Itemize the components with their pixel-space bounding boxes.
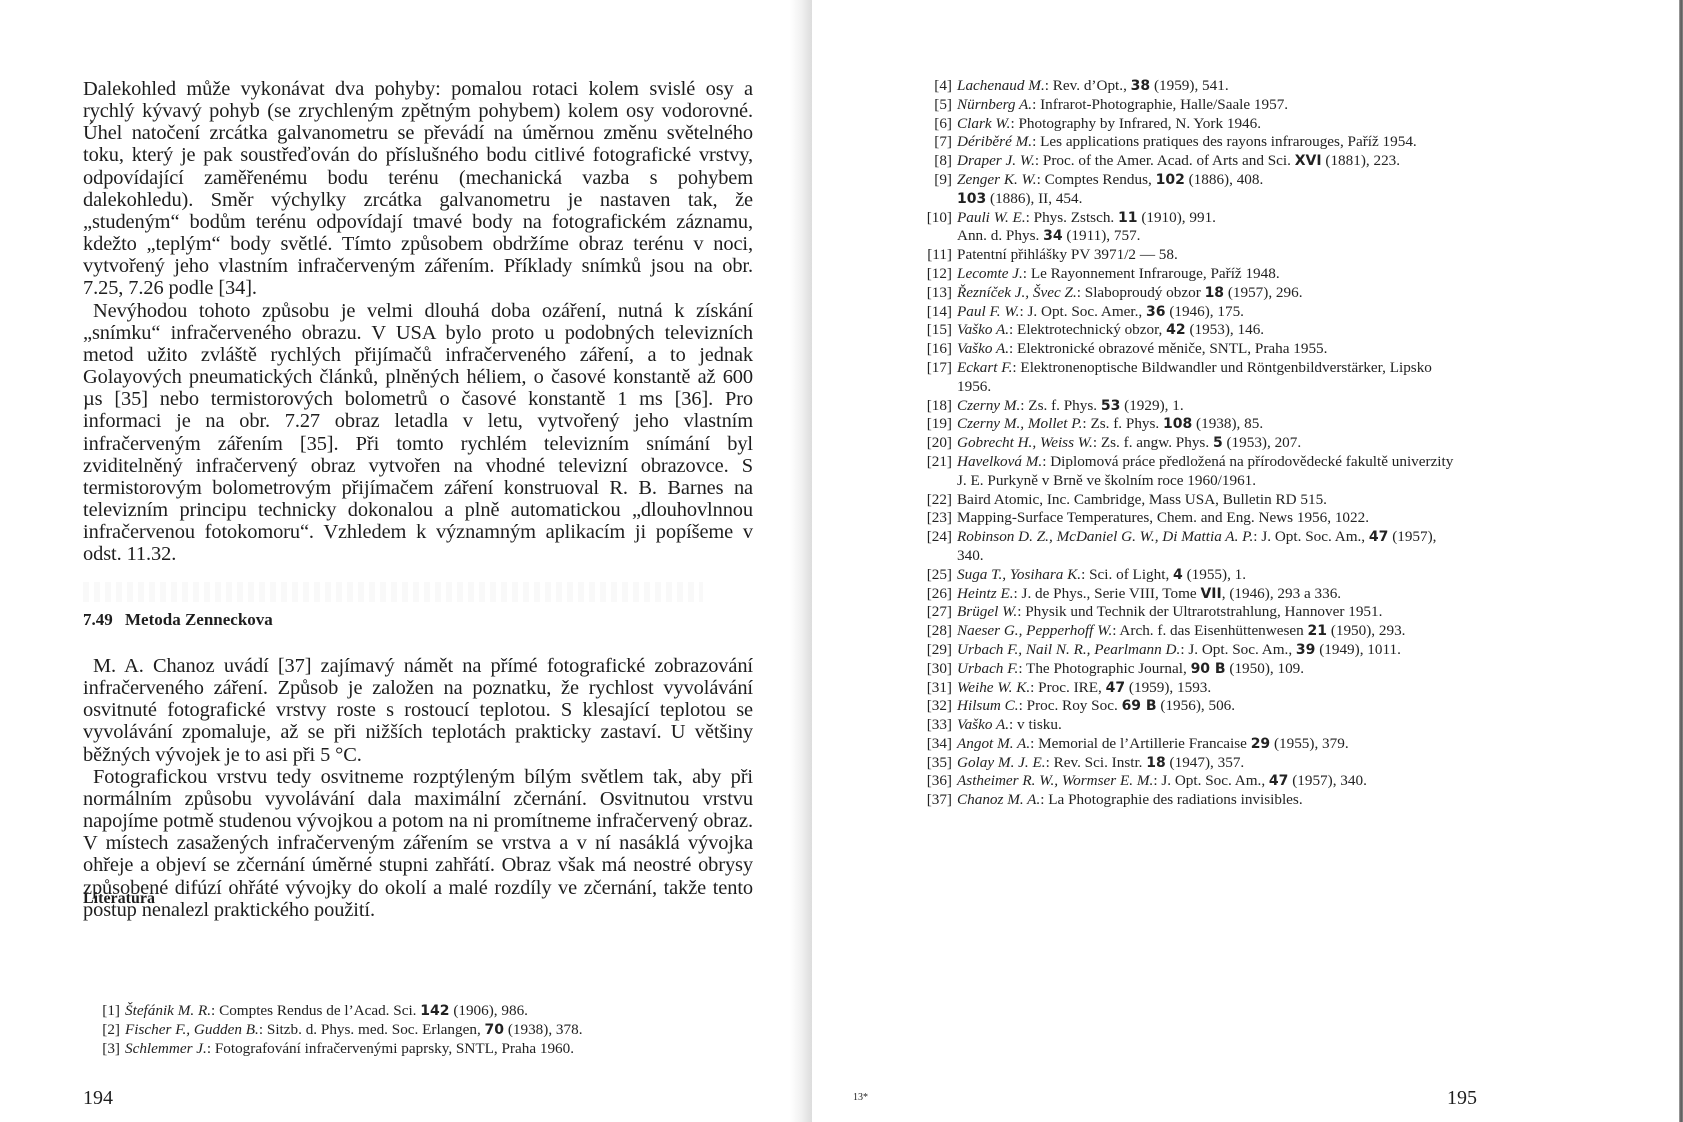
reference-source: : Sci. of Light, bbox=[1081, 566, 1173, 583]
reference-source: 340. bbox=[957, 547, 984, 564]
reference-text: Nürnberg A.: Infrarot-Photographie, Hall… bbox=[957, 96, 1618, 115]
reference-index: [19] bbox=[918, 415, 957, 434]
reference-author: Urbach F., Nail N. R., Pearlmann D. bbox=[957, 641, 1180, 658]
page-number-left: 194 bbox=[83, 1087, 113, 1110]
reference-item: [12]Lecomte J.: Le Rayonnement Infraroug… bbox=[918, 265, 1618, 284]
bleed-through-shadow bbox=[83, 582, 703, 602]
reference-list-right: [4]Lachenaud M.: Rev. d’Opt., 38 (1959),… bbox=[918, 77, 1618, 810]
reference-volume: 42 bbox=[1166, 322, 1185, 338]
reference-index: [5] bbox=[918, 96, 957, 115]
reference-text: Urbach F., Nail N. R., Pearlmann D.: J. … bbox=[957, 641, 1618, 660]
reference-text: Lecomte J.: Le Rayonnement Infrarouge, P… bbox=[957, 265, 1618, 284]
reference-volume: 36 bbox=[1146, 304, 1165, 320]
reference-details: (1959), 541. bbox=[1150, 77, 1228, 94]
reference-item: [4]Lachenaud M.: Rev. d’Opt., 38 (1959),… bbox=[918, 77, 1618, 96]
reference-source: : La Photographie des radiations invisib… bbox=[1040, 791, 1302, 808]
reference-source: : Les applications pratiques des rayons … bbox=[1032, 133, 1417, 150]
reference-item: [14]Paul F. W.: J. Opt. Soc. Amer., 36 (… bbox=[918, 303, 1618, 322]
reference-text: Schlemmer J.: Fotografování infračervený… bbox=[125, 1040, 776, 1059]
reference-author: Brügel W. bbox=[957, 603, 1017, 620]
paragraph: Nevýhodou tohoto způsobu je velmi dlouhá… bbox=[83, 300, 753, 566]
reference-index: [23] bbox=[918, 509, 957, 528]
reference-text: Štefánik M. R.: Comptes Rendus de l’Acad… bbox=[125, 1002, 776, 1021]
reference-source: : Proc. IRE, bbox=[1030, 679, 1106, 696]
reference-details: , (1946), 293 a 336. bbox=[1222, 585, 1341, 602]
reference-index: [25] bbox=[918, 566, 957, 585]
reference-item: [37]Chanoz M. A.: La Photographie des ra… bbox=[918, 791, 1618, 810]
reference-text: Urbach F.: The Photographic Journal, 90 … bbox=[957, 660, 1618, 679]
reference-source: : Phys. Zstsch. bbox=[1026, 209, 1118, 226]
reference-text: Heintz E.: J. de Phys., Serie VIII, Tome… bbox=[957, 585, 1618, 604]
section-number: 7.49 bbox=[83, 610, 113, 629]
reference-index: [24] bbox=[918, 528, 957, 547]
reference-author: Golay M. J. E. bbox=[957, 754, 1046, 771]
reference-author: Urbach F. bbox=[957, 660, 1018, 677]
reference-source: : Arch. f. das Eisenhüttenwesen bbox=[1112, 622, 1307, 639]
reference-text: Dériběré M.: Les applications pratiques … bbox=[957, 133, 1618, 152]
reference-author: Fischer F., Gudden B. bbox=[125, 1021, 259, 1038]
reference-index: [1] bbox=[96, 1002, 125, 1021]
reference-text: Baird Atomic, Inc. Cambridge, Mass USA, … bbox=[957, 491, 1618, 510]
reference-author: Havelková M. bbox=[957, 453, 1042, 470]
reference-text: Clark W.: Photography by Infrared, N. Yo… bbox=[957, 115, 1618, 134]
reference-item: [13]Řezníček J., Švec Z.: Slaboproudý ob… bbox=[918, 284, 1618, 303]
reference-index: [13] bbox=[918, 284, 957, 303]
reference-text: Gobrecht H., Weiss W.: Zs. f. angw. Phys… bbox=[957, 434, 1618, 453]
reference-source: : Zs. f. Phys. bbox=[1020, 397, 1101, 414]
reference-index: [27] bbox=[918, 603, 957, 622]
reference-volume: 69 B bbox=[1122, 698, 1157, 714]
reference-volume: 39 bbox=[1296, 642, 1315, 658]
reference-source: : J. de Phys., Serie VIII, Tome bbox=[1014, 585, 1201, 602]
reference-index: [11] bbox=[918, 246, 957, 265]
reference-item: [22]Baird Atomic, Inc. Cambridge, Mass U… bbox=[918, 491, 1618, 510]
reference-volume: VII bbox=[1200, 586, 1221, 602]
left-page: Dalekohled může vykonávat dva pohyby: po… bbox=[0, 0, 812, 1122]
reference-item: [17]Eckart F.: Elektronenoptische Bildwa… bbox=[918, 359, 1618, 378]
reference-volume: 11 bbox=[1118, 210, 1137, 226]
reference-author: Hilsum C. bbox=[957, 697, 1019, 714]
reference-continuation: 103 (1886), II, 454. bbox=[918, 190, 1618, 209]
reference-source: Patentní přihlášky PV 3971/2 — 58. bbox=[957, 246, 1178, 263]
reference-index: [26] bbox=[918, 585, 957, 604]
paragraph: Dalekohled může vykonávat dva pohyby: po… bbox=[83, 78, 753, 300]
reference-continuation: 1956. bbox=[918, 378, 1618, 397]
reference-author: Gobrecht H., Weiss W. bbox=[957, 434, 1093, 451]
reference-source: : Le Rayonnement Infrarouge, Paříž 1948. bbox=[1023, 265, 1280, 282]
reference-details: (1911), 757. bbox=[1063, 227, 1141, 244]
reference-source: : Comptes Rendus, bbox=[1037, 171, 1156, 188]
reference-details: (1953), 207. bbox=[1223, 434, 1301, 451]
reference-details: (1886), II, 454. bbox=[986, 190, 1082, 207]
reference-text: Lachenaud M.: Rev. d’Opt., 38 (1959), 54… bbox=[957, 77, 1618, 96]
reference-index: [35] bbox=[918, 754, 957, 773]
reference-details: (1957), 340. bbox=[1288, 772, 1366, 789]
reference-index: [33] bbox=[918, 716, 957, 735]
reference-volume: 102 bbox=[1156, 172, 1185, 188]
body-text-block-1: Dalekohled může vykonávat dva pohyby: po… bbox=[83, 78, 753, 565]
reference-item: [7]Dériběré M.: Les applications pratiqu… bbox=[918, 133, 1618, 152]
reference-volume: 103 bbox=[957, 191, 986, 207]
reference-author: Paul F. W. bbox=[957, 303, 1019, 320]
reference-text: Patentní přihlášky PV 3971/2 — 58. bbox=[957, 246, 1618, 265]
reference-text: Řezníček J., Švec Z.: Slaboproudý obzor … bbox=[957, 284, 1618, 303]
reference-source: Ann. d. Phys. bbox=[957, 227, 1043, 244]
reference-source: : Physik und Technik der Ultrarotstrahlu… bbox=[1017, 603, 1382, 620]
reference-source: : Zs. f. Phys. bbox=[1082, 415, 1163, 432]
reference-source: : Proc. Roy Soc. bbox=[1019, 697, 1122, 714]
reference-item: [18]Czerny M.: Zs. f. Phys. 53 (1929), 1… bbox=[918, 397, 1618, 416]
section-heading: 7.49 Metoda Zenneckova bbox=[83, 610, 273, 630]
reference-details: (1955), 1. bbox=[1183, 566, 1246, 583]
reference-source: 1956. bbox=[957, 378, 991, 395]
reference-source: : The Photographic Journal, bbox=[1018, 660, 1190, 677]
reference-index: [18] bbox=[918, 397, 957, 416]
page-number-right: 195 bbox=[1447, 1087, 1477, 1110]
reference-source: : Sitzb. d. Phys. med. Soc. Erlangen, bbox=[259, 1021, 485, 1038]
reference-continuation: J. E. Purkyně v Brně ve školním roce 196… bbox=[918, 472, 1618, 491]
reference-author: Řezníček J., Švec Z. bbox=[957, 284, 1077, 301]
reference-volume: 38 bbox=[1131, 78, 1150, 94]
reference-details: (1947), 357. bbox=[1166, 754, 1244, 771]
body-text-block-2: M. A. Chanoz uvádí [37] zajímavý námět n… bbox=[83, 655, 753, 921]
reference-details: (1957), bbox=[1388, 528, 1436, 545]
reference-text: Angot M. A.: Memorial de l’Artillerie Fr… bbox=[957, 735, 1618, 754]
reference-details: (1910), 991. bbox=[1138, 209, 1216, 226]
reference-text: Czerny M.: Zs. f. Phys. 53 (1929), 1. bbox=[957, 397, 1618, 416]
reference-author: Lecomte J. bbox=[957, 265, 1023, 282]
reference-text: Robinson D. Z., McDaniel G. W., Di Matti… bbox=[957, 528, 1618, 547]
reference-author: Vaško A. bbox=[957, 321, 1009, 338]
reference-source: Baird Atomic, Inc. Cambridge, Mass USA, … bbox=[957, 491, 1327, 508]
reference-continuation: Ann. d. Phys. 34 (1911), 757. bbox=[918, 227, 1618, 246]
reference-index: [37] bbox=[918, 791, 957, 810]
reference-author: Suga T., Yosihara K. bbox=[957, 566, 1081, 583]
reference-details: (1955), 379. bbox=[1270, 735, 1348, 752]
reference-source: : Photography by Infrared, N. York 1946. bbox=[1010, 115, 1261, 132]
reference-item: [24]Robinson D. Z., McDaniel G. W., Di M… bbox=[918, 528, 1618, 547]
reference-item: [29]Urbach F., Nail N. R., Pearlmann D.:… bbox=[918, 641, 1618, 660]
reference-author: Nürnberg A. bbox=[957, 96, 1032, 113]
scan-edge bbox=[1679, 0, 1683, 1122]
reference-index: [29] bbox=[918, 641, 957, 660]
reference-index: [4] bbox=[918, 77, 957, 96]
literature-heading: Literatura bbox=[83, 890, 155, 908]
reference-index: [8] bbox=[918, 152, 957, 171]
reference-item: [30]Urbach F.: The Photographic Journal,… bbox=[918, 660, 1618, 679]
reference-index: [12] bbox=[918, 265, 957, 284]
reference-item: [19]Czerny M., Mollet P.: Zs. f. Phys. 1… bbox=[918, 415, 1618, 434]
reference-details: (1950), 293. bbox=[1327, 622, 1405, 639]
reference-volume: 5 bbox=[1213, 435, 1223, 451]
reference-author: Chanoz M. A. bbox=[957, 791, 1040, 808]
reference-author: Draper J. W. bbox=[957, 152, 1035, 169]
reference-author: Pauli W. E. bbox=[957, 209, 1026, 226]
reference-author: Vaško A. bbox=[957, 716, 1009, 733]
reference-index: [16] bbox=[918, 340, 957, 359]
signature-mark: 13* bbox=[853, 1092, 868, 1103]
reference-author: Czerny M., Mollet P. bbox=[957, 415, 1082, 432]
reference-text: Pauli W. E.: Phys. Zstsch. 11 (1910), 99… bbox=[957, 209, 1618, 228]
reference-source: : J. Opt. Soc. Am., bbox=[1180, 641, 1296, 658]
reference-item: [33]Vaško A.: v tisku. bbox=[918, 716, 1618, 735]
reference-author: Robinson D. Z., McDaniel G. W., Di Matti… bbox=[957, 528, 1253, 545]
reference-index: [3] bbox=[96, 1040, 125, 1059]
reference-index: [14] bbox=[918, 303, 957, 322]
reference-volume: 47 bbox=[1269, 773, 1288, 789]
reference-text: Czerny M., Mollet P.: Zs. f. Phys. 108 (… bbox=[957, 415, 1618, 434]
paragraph: M. A. Chanoz uvádí [37] zajímavý námět n… bbox=[83, 655, 753, 766]
reference-index: [20] bbox=[918, 434, 957, 453]
reference-volume: 29 bbox=[1251, 736, 1270, 752]
reference-author: Angot M. A. bbox=[957, 735, 1030, 752]
reference-text: Mapping-Surface Temperatures, Chem. and … bbox=[957, 509, 1618, 528]
reference-source: : Zs. f. angw. Phys. bbox=[1093, 434, 1213, 451]
reference-index: [34] bbox=[918, 735, 957, 754]
reference-index: [2] bbox=[96, 1021, 125, 1040]
reference-index: [28] bbox=[918, 622, 957, 641]
reference-details: (1957), 296. bbox=[1224, 284, 1302, 301]
reference-item: [34]Angot M. A.: Memorial de l’Artilleri… bbox=[918, 735, 1618, 754]
reference-author: Lachenaud M. bbox=[957, 77, 1045, 94]
reference-item: [3]Schlemmer J.: Fotografování infračerv… bbox=[96, 1040, 776, 1059]
reference-index: [9] bbox=[918, 171, 957, 190]
reference-author: Štefánik M. R. bbox=[125, 1002, 211, 1019]
reference-text: Vaško A.: v tisku. bbox=[957, 716, 1618, 735]
reference-volume: 34 bbox=[1043, 228, 1062, 244]
reference-author: Eckart F. bbox=[957, 359, 1012, 376]
reference-source: : Rev. Sci. Instr. bbox=[1046, 754, 1147, 771]
reference-volume: 18 bbox=[1205, 285, 1224, 301]
reference-source: : Elektronické obrazové měniče, SNTL, Pr… bbox=[1009, 340, 1327, 357]
reference-item: [10]Pauli W. E.: Phys. Zstsch. 11 (1910)… bbox=[918, 209, 1618, 228]
reference-details: (1929), 1. bbox=[1120, 397, 1183, 414]
reference-item: [27]Brügel W.: Physik und Technik der Ul… bbox=[918, 603, 1618, 622]
reference-author: Vaško A. bbox=[957, 340, 1009, 357]
reference-text: Eckart F.: Elektronenoptische Bildwandle… bbox=[957, 359, 1618, 378]
reference-source: : J. Opt. Soc. Am., bbox=[1253, 528, 1369, 545]
reference-volume: 47 bbox=[1106, 680, 1125, 696]
reference-details: (1953), 146. bbox=[1186, 321, 1264, 338]
reference-index: [15] bbox=[918, 321, 957, 340]
reference-text: Zenger K. W.: Comptes Rendus, 102 (1886)… bbox=[957, 171, 1618, 190]
reference-text: Havelková M.: Diplomová práce předložená… bbox=[957, 453, 1618, 472]
reference-index: [32] bbox=[918, 697, 957, 716]
reference-author: Heintz E. bbox=[957, 585, 1014, 602]
reference-author: Dériběré M. bbox=[957, 133, 1032, 150]
reference-volume: 47 bbox=[1369, 529, 1388, 545]
reference-volume: 53 bbox=[1101, 398, 1120, 414]
reference-source: : J. Opt. Soc. Am., bbox=[1153, 772, 1269, 789]
reference-text: Golay M. J. E.: Rev. Sci. Instr. 18 (194… bbox=[957, 754, 1618, 773]
reference-item: [2]Fischer F., Gudden B.: Sitzb. d. Phys… bbox=[96, 1021, 776, 1040]
reference-source: : J. Opt. Soc. Amer., bbox=[1019, 303, 1146, 320]
reference-source: : Elektrotechnický obzor, bbox=[1009, 321, 1166, 338]
reference-item: [9]Zenger K. W.: Comptes Rendus, 102 (18… bbox=[918, 171, 1618, 190]
reference-text: Brügel W.: Physik und Technik der Ultrar… bbox=[957, 603, 1618, 622]
reference-volume: 21 bbox=[1308, 623, 1327, 639]
reference-index: [22] bbox=[918, 491, 957, 510]
reference-item: [11]Patentní přihlášky PV 3971/2 — 58. bbox=[918, 246, 1618, 265]
reference-details: (1881), 223. bbox=[1322, 152, 1400, 169]
reference-item: [35]Golay M. J. E.: Rev. Sci. Instr. 18 … bbox=[918, 754, 1618, 773]
reference-text: Paul F. W.: J. Opt. Soc. Amer., 36 (1946… bbox=[957, 303, 1618, 322]
reference-volume: 108 bbox=[1163, 416, 1192, 432]
reference-details: (1906), 986. bbox=[450, 1002, 528, 1019]
reference-details: (1938), 85. bbox=[1192, 415, 1263, 432]
reference-source: : Diplomová práce předložená na přírodov… bbox=[1042, 453, 1453, 470]
reference-source: Mapping-Surface Temperatures, Chem. and … bbox=[957, 509, 1369, 526]
reference-text: Suga T., Yosihara K.: Sci. of Light, 4 (… bbox=[957, 566, 1618, 585]
reference-item: [21]Havelková M.: Diplomová práce předlo… bbox=[918, 453, 1618, 472]
reference-item: [23]Mapping-Surface Temperatures, Chem. … bbox=[918, 509, 1618, 528]
reference-author: Weihe W. K. bbox=[957, 679, 1030, 696]
reference-details: (1946), 175. bbox=[1166, 303, 1244, 320]
reference-item: [28]Naeser G., Pepperhoff W.: Arch. f. d… bbox=[918, 622, 1618, 641]
reference-item: [31]Weihe W. K.: Proc. IRE, 47 (1959), 1… bbox=[918, 679, 1618, 698]
reference-source: : Memorial de l’Artillerie Francaise bbox=[1030, 735, 1251, 752]
reference-source: : Comptes Rendus de l’Acad. Sci. bbox=[211, 1002, 420, 1019]
reference-details: (1949), 1011. bbox=[1315, 641, 1401, 658]
reference-item: [16]Vaško A.: Elektronické obrazové měni… bbox=[918, 340, 1618, 359]
reference-item: [5]Nürnberg A.: Infrarot-Photographie, H… bbox=[918, 96, 1618, 115]
reference-volume: 4 bbox=[1173, 567, 1183, 583]
reference-source: : Proc. of the Amer. Acad. of Arts and S… bbox=[1035, 152, 1295, 169]
reference-details: (1950), 109. bbox=[1226, 660, 1304, 677]
reference-item: [25]Suga T., Yosihara K.: Sci. of Light,… bbox=[918, 566, 1618, 585]
reference-details: (1959), 1593. bbox=[1125, 679, 1211, 696]
reference-volume: 18 bbox=[1146, 755, 1165, 771]
reference-source: : Fotografování infračervenými paprsky, … bbox=[207, 1040, 574, 1057]
reference-source: : Slaboproudý obzor bbox=[1077, 284, 1205, 301]
reference-details: (1886), 408. bbox=[1185, 171, 1263, 188]
reference-volume: 90 B bbox=[1191, 661, 1226, 677]
reference-index: [30] bbox=[918, 660, 957, 679]
reference-source: : Rev. d’Opt., bbox=[1045, 77, 1131, 94]
reference-text: Astheimer R. W., Wormser E. M.: J. Opt. … bbox=[957, 772, 1618, 791]
reference-index: [36] bbox=[918, 772, 957, 791]
reference-author: Clark W. bbox=[957, 115, 1010, 132]
reference-list-left: [1]Štefánik M. R.: Comptes Rendus de l’A… bbox=[96, 1002, 776, 1058]
reference-author: Astheimer R. W., Wormser E. M. bbox=[957, 772, 1153, 789]
reference-index: [6] bbox=[918, 115, 957, 134]
reference-item: [32]Hilsum C.: Proc. Roy Soc. 69 B (1956… bbox=[918, 697, 1618, 716]
reference-text: Vaško A.: Elektrotechnický obzor, 42 (19… bbox=[957, 321, 1618, 340]
reference-continuation: 340. bbox=[918, 547, 1618, 566]
reference-item: [15]Vaško A.: Elektrotechnický obzor, 42… bbox=[918, 321, 1618, 340]
reference-index: [7] bbox=[918, 133, 957, 152]
reference-index: [21] bbox=[918, 453, 957, 472]
reference-index: [17] bbox=[918, 359, 957, 378]
reference-author: Naeser G., Pepperhoff W. bbox=[957, 622, 1112, 639]
reference-text: Vaško A.: Elektronické obrazové měniče, … bbox=[957, 340, 1618, 359]
reference-source: : Infrarot-Photographie, Halle/Saale 195… bbox=[1032, 96, 1288, 113]
reference-source: J. E. Purkyně v Brně ve školním roce 196… bbox=[957, 472, 1256, 489]
reference-text: Naeser G., Pepperhoff W.: Arch. f. das E… bbox=[957, 622, 1618, 641]
reference-index: [31] bbox=[918, 679, 957, 698]
section-title: Metoda Zenneckova bbox=[125, 610, 273, 629]
reference-details: (1956), 506. bbox=[1157, 697, 1235, 714]
reference-author: Czerny M. bbox=[957, 397, 1020, 414]
reference-volume: XVI bbox=[1295, 153, 1322, 169]
reference-text: Chanoz M. A.: La Photographie des radiat… bbox=[957, 791, 1618, 810]
reference-text: Fischer F., Gudden B.: Sitzb. d. Phys. m… bbox=[125, 1021, 776, 1040]
reference-index: [10] bbox=[918, 209, 957, 228]
reference-text: Draper J. W.: Proc. of the Amer. Acad. o… bbox=[957, 152, 1618, 171]
reference-source: : Elektronenoptische Bildwandler und Rön… bbox=[1012, 359, 1432, 376]
paragraph: Fotografickou vrstvu tedy osvitneme rozp… bbox=[83, 766, 753, 921]
reference-text: Weihe W. K.: Proc. IRE, 47 (1959), 1593. bbox=[957, 679, 1618, 698]
reference-source: : v tisku. bbox=[1009, 716, 1062, 733]
reference-volume: 70 bbox=[485, 1022, 504, 1038]
right-page: [4]Lachenaud M.: Rev. d’Opt., 38 (1959),… bbox=[812, 0, 1680, 1122]
reference-volume: 142 bbox=[420, 1003, 449, 1019]
reference-item: [20]Gobrecht H., Weiss W.: Zs. f. angw. … bbox=[918, 434, 1618, 453]
reference-item: [8]Draper J. W.: Proc. of the Amer. Acad… bbox=[918, 152, 1618, 171]
reference-item: [6]Clark W.: Photography by Infrared, N.… bbox=[918, 115, 1618, 134]
reference-item: [26]Heintz E.: J. de Phys., Serie VIII, … bbox=[918, 585, 1618, 604]
reference-item: [1]Štefánik M. R.: Comptes Rendus de l’A… bbox=[96, 1002, 776, 1021]
reference-text: Hilsum C.: Proc. Roy Soc. 69 B (1956), 5… bbox=[957, 697, 1618, 716]
reference-item: [36]Astheimer R. W., Wormser E. M.: J. O… bbox=[918, 772, 1618, 791]
reference-author: Zenger K. W. bbox=[957, 171, 1037, 188]
reference-details: (1938), 378. bbox=[504, 1021, 582, 1038]
reference-author: Schlemmer J. bbox=[125, 1040, 207, 1057]
